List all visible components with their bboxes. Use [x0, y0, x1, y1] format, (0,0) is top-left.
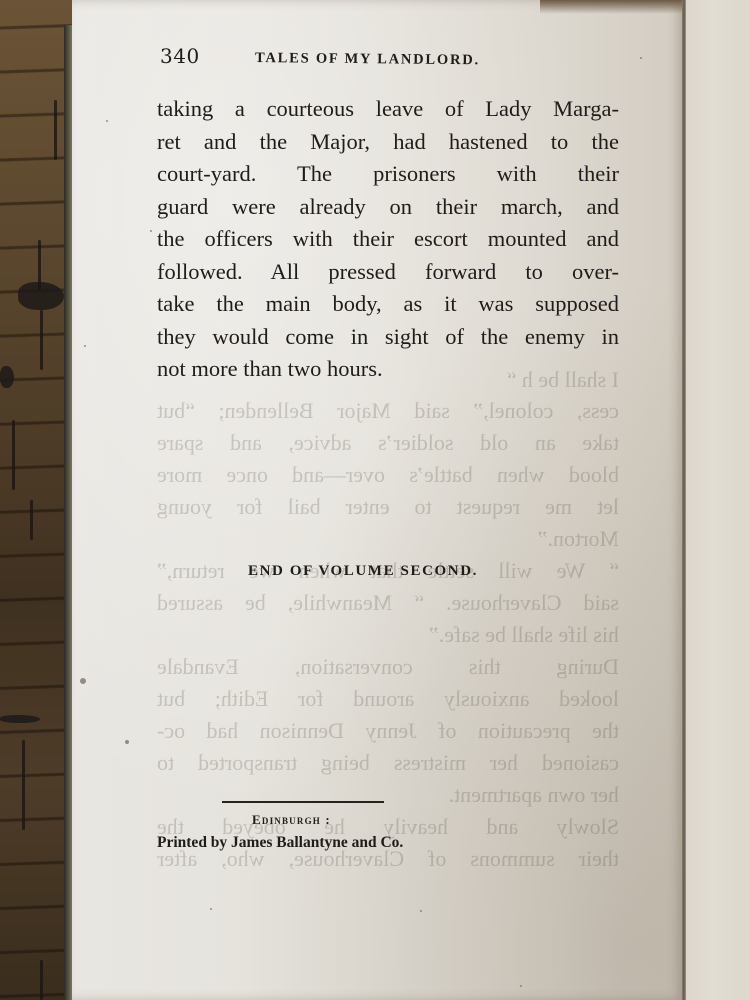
paper-speck — [84, 345, 86, 347]
bleed-line: her own apartment. — [157, 782, 619, 808]
body-line: guard were already on their march, and — [157, 191, 619, 224]
body-line: taking a courteous leave of Lady Marga- — [157, 93, 619, 126]
imprint-divider-rule — [222, 801, 384, 803]
bleed-line: said Claverhouse. “ Meanwhile, be assure… — [157, 590, 619, 616]
body-line: take the main body, as it was supposed — [157, 288, 619, 321]
bleed-line: the precaution of Jenny Dennison had oc- — [157, 718, 619, 744]
wood-knot — [0, 715, 40, 723]
wood-grain — [30, 500, 33, 540]
body-paragraph: taking a courteous leave of Lady Marga- … — [157, 93, 619, 386]
imprint-city: Edinburgh : — [252, 812, 331, 828]
wood-grain — [40, 310, 43, 370]
wood-knot — [18, 282, 64, 310]
bleed-line: looked anxiously around for Edith; but — [157, 686, 619, 712]
paper-speck — [210, 908, 212, 910]
wood-grain — [54, 100, 57, 160]
wood-grain — [40, 960, 43, 1000]
wood-grain — [22, 740, 25, 830]
bleed-line: let me request to enter bail for young — [157, 494, 619, 520]
wood-knot — [0, 366, 14, 388]
body-line: followed. All pressed forward to over- — [157, 256, 619, 289]
paper-speck — [420, 910, 422, 912]
bleed-line: cess, colonel,” said Major Bellenden; “b… — [157, 398, 619, 424]
bleed-line: casioned her mistress being transported … — [157, 750, 619, 776]
imprint-printer: Printed by James Ballantyne and Co. — [157, 834, 403, 852]
wood-grain — [12, 420, 15, 490]
page-number: 340 — [160, 44, 200, 68]
body-line: ret and the Major, had hastened to the — [157, 126, 619, 159]
body-line: court-yard. The prisoners with their — [157, 158, 619, 191]
paper-speck — [640, 57, 642, 59]
paper-speck — [106, 120, 108, 122]
paper-speck — [80, 678, 86, 684]
wood-grain — [38, 240, 41, 290]
end-of-volume-heading: END OF VOLUME SECOND. — [248, 563, 478, 580]
paper-speck — [520, 985, 522, 987]
bleed-line: During this conversation, Evandale — [157, 654, 619, 680]
bleed-line: his life shall be safe.” — [157, 622, 619, 648]
body-line: the officers with their escort mounted a… — [157, 223, 619, 256]
bleed-line: Morton.” — [157, 526, 619, 552]
paper-speck — [125, 740, 129, 744]
page-top-shadow — [540, 0, 686, 14]
next-page-leaf — [686, 0, 750, 1000]
bleed-line: take an old soldier’s advice, and spare — [157, 430, 619, 456]
running-title: TALES OF MY LANDLORD. — [255, 50, 480, 69]
body-line: not more than two hours. — [157, 353, 619, 386]
bleed-line: blood when battle’s over—and once more — [157, 462, 619, 488]
paper-speck — [150, 230, 152, 232]
body-line: they would come in sight of the enemy in — [157, 321, 619, 354]
